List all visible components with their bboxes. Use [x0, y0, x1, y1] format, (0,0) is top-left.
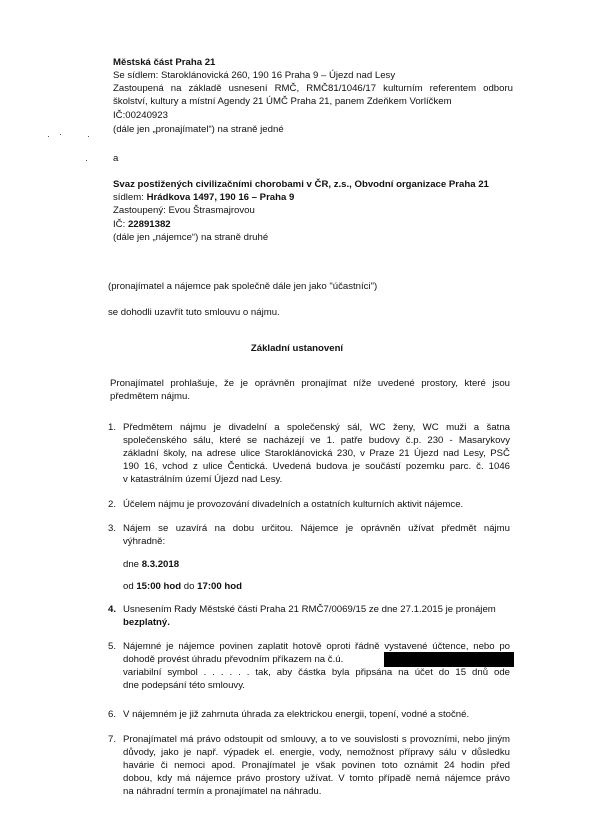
party2-represented: Zastoupený: Evou Štrasmajrovou: [113, 204, 255, 218]
party2-ic-label: IČ:: [113, 219, 128, 230]
item-3-line: Nájem se uzavírá na dobu určitou. Nájemc…: [123, 522, 510, 536]
item-4-number: 4.: [108, 603, 116, 617]
item-3-time: od 15:00 hod do 17:00 hod: [123, 580, 242, 594]
time-to-value: 17:00 hod: [197, 581, 242, 592]
item-7-line: dobou, kdy má nájemce právo prostory uží…: [123, 772, 510, 786]
item-5-line: variabilní symbol . . . . . . tak, aby č…: [123, 666, 510, 680]
item-4-bold-line: bezplatný.: [123, 616, 170, 630]
section-title: Základní ustanovení: [0, 342, 594, 356]
item-4-line: Usnesením Rady Městské části Praha 21 RM…: [123, 603, 496, 617]
time-from-label: od: [123, 581, 136, 592]
scan-speck: [48, 136, 49, 137]
party1-name: Městská část Praha 21: [113, 56, 215, 70]
intro-line-2: předmětem nájmu.: [110, 390, 190, 404]
redacted-account-number: [384, 652, 514, 667]
conjunction: a: [113, 152, 118, 166]
item-1-number: 1.: [108, 421, 116, 435]
item-5-line: dohodě provést úhradu převodním příkazem…: [123, 653, 343, 667]
item-7-number: 7.: [108, 733, 116, 747]
document-page: Městská část Praha 21 Se sídlem: Starokl…: [0, 0, 594, 840]
item-1-line: společenského sálu, které se nacházejí v…: [123, 434, 510, 448]
party1-represented-1: Zastoupená na základě usnesení RMČ, RMČ8…: [113, 82, 513, 96]
scan-speck: [60, 134, 61, 135]
party2-name: Svaz postižených civilizačními chorobami…: [113, 178, 489, 192]
item-5-line: dne podepsání této smlouvy.: [123, 679, 245, 693]
time-from-value: 15:00 hod: [136, 581, 181, 592]
party2-ic: IČ: 22891382: [113, 218, 171, 232]
item-2-number: 2.: [108, 498, 116, 512]
party1-seat: Se sídlem: Staroklánovická 260, 190 16 P…: [113, 69, 395, 83]
date-value: 8.3.2018: [142, 559, 179, 570]
party2-ic-value: 22891382: [128, 219, 171, 230]
item-7-line: Pronajímatel má právo odstoupit od smlou…: [123, 733, 510, 747]
party1-role: (dále jen „pronajímatel“) na straně jedn…: [113, 123, 284, 137]
item-2-line: Účelem nájmu je provozování divadelních …: [123, 498, 463, 512]
party2-role: (dále jen „nájemce“) na straně druhé: [113, 231, 268, 245]
item-3-date: dne 8.3.2018: [123, 558, 179, 572]
date-label: dne: [123, 559, 142, 570]
item-3-line: výhradně:: [123, 535, 165, 549]
item-7-line: havárie či nemoci apod. Pronajímatel je …: [123, 759, 510, 773]
item-1-line: Předmětem nájmu je divadelní a společens…: [123, 421, 510, 435]
item-6-line: V nájemném je již zahrnuta úhrada za ele…: [123, 708, 469, 722]
scan-speck: [86, 160, 87, 161]
item-3-number: 3.: [108, 522, 116, 536]
time-to-label: do: [181, 581, 197, 592]
item-1-line: v katastrálním území Újezd nad Lesy.: [123, 473, 282, 487]
party2-seat: sídlem: Hrádkova 1497, 190 16 – Praha 9: [113, 191, 294, 205]
item-7-line: důvody, jako je např. výpadek el. energi…: [123, 746, 510, 760]
item-1-line: základní školy, na adrese ulice Staroklá…: [123, 447, 510, 461]
agreement-note: se dohodli uzavřít tuto smlouvu o nájmu.: [108, 306, 280, 320]
intro-line-1: Pronajímatel prohlašuje, že je oprávněn …: [110, 377, 510, 391]
party1-represented-2: školství, kultury a místní Agendy 21 ÚMČ…: [113, 95, 452, 109]
participants-note: (pronajímatel a nájemce pak společně dál…: [108, 280, 377, 294]
party1-ic: IČ:00240923: [113, 109, 168, 123]
scan-speck: [88, 136, 89, 137]
item-1-line: 190 16, vchod z ulice Čentická. Uvedená …: [123, 460, 510, 474]
party2-seat-label: sídlem:: [113, 192, 147, 203]
item-7-line: na náhradní termín a pronajímatel na náh…: [123, 785, 321, 799]
item-5-number: 5.: [108, 640, 116, 654]
item-6-number: 6.: [108, 708, 116, 722]
party2-seat-address: Hrádkova 1497, 190 16 – Praha 9: [147, 192, 295, 203]
